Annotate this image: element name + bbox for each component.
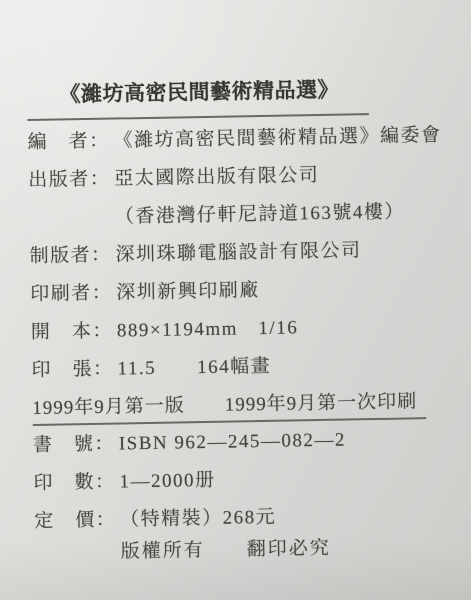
row-platemaker-value: 深圳珠聯電腦設計有限公司 — [115, 238, 423, 267]
row-sheets-label: 印 張： — [31, 358, 117, 383]
row-publisher-address: （香港灣仔軒尼詩道163號4樓） — [29, 200, 423, 231]
row-isbn: 書 號： ISBN 962—245—082—2 — [33, 427, 427, 458]
book-title: 《濰坊高密民間藝術精品選》 — [27, 74, 372, 110]
row-editor: 編 者： 《濰坊高密民間藝術精品選》編委會 — [27, 124, 421, 155]
row-format: 開 本： 889×1194mm 1/16 — [31, 314, 425, 345]
row-isbn-label: 書 號： — [33, 433, 119, 458]
row-price-label: 定 價： — [34, 509, 120, 534]
row-platemaker: 制版者： 深圳珠聯電腦設計有限公司 — [29, 238, 423, 269]
row-price-value: （特精裝）268元 — [120, 503, 428, 532]
row-publisher: 出版者： 亞太國際出版有限公司 — [28, 162, 422, 193]
row-sheets: 印 張： 11.5 164幅畫 — [31, 352, 425, 383]
row-publisher-label: 出版者： — [28, 168, 114, 193]
row-price: 定 價： （特精裝）268元 — [34, 503, 428, 534]
row-publisher-address-label — [29, 206, 115, 231]
row-editor-value: 《濰坊高密民間藝術精品選》編委會 — [113, 124, 441, 154]
row-editor-label: 編 者： — [27, 130, 113, 155]
publication-info-list: 編 者： 《濰坊高密民間藝術精品選》編委會 出版者： 亞太國際出版有限公司 （香… — [27, 124, 425, 383]
row-print-run-value: 1—2000册 — [119, 465, 427, 494]
row-publisher-value: 亞太國際出版有限公司 — [114, 162, 422, 191]
row-format-value: 889×1194mm 1/16 — [117, 314, 425, 343]
row-print-run: 印 數： 1—2000册 — [33, 465, 427, 496]
row-format-label: 開 本： — [31, 320, 117, 345]
edition-line: 1999年9月第一版 1999年9月第一次印刷 — [32, 390, 426, 421]
row-platemaker-label: 制版者： — [29, 244, 115, 269]
row-printer: 印刷者： 深圳新興印刷廠 — [30, 276, 424, 307]
isbn-info-list: 書 號： ISBN 962—245—082—2 印 數： 1—2000册 定 價… — [33, 427, 429, 534]
divider-top — [27, 113, 369, 121]
row-publisher-address-value: （香港灣仔軒尼詩道163號4樓） — [115, 200, 423, 229]
row-printer-label: 印刷者： — [30, 282, 116, 307]
copyright-notice: 版權所有 翻印必究 — [121, 535, 429, 564]
row-isbn-value: ISBN 962—245—082—2 — [119, 427, 427, 456]
colophon-page: 《濰坊高密民間藝術精品選》 編 者： 《濰坊高密民間藝術精品選》編委會 出版者：… — [27, 73, 429, 566]
row-printer-value: 深圳新興印刷廠 — [116, 276, 424, 305]
row-sheets-value: 11.5 164幅畫 — [117, 352, 425, 381]
row-print-run-label: 印 數： — [33, 471, 119, 496]
